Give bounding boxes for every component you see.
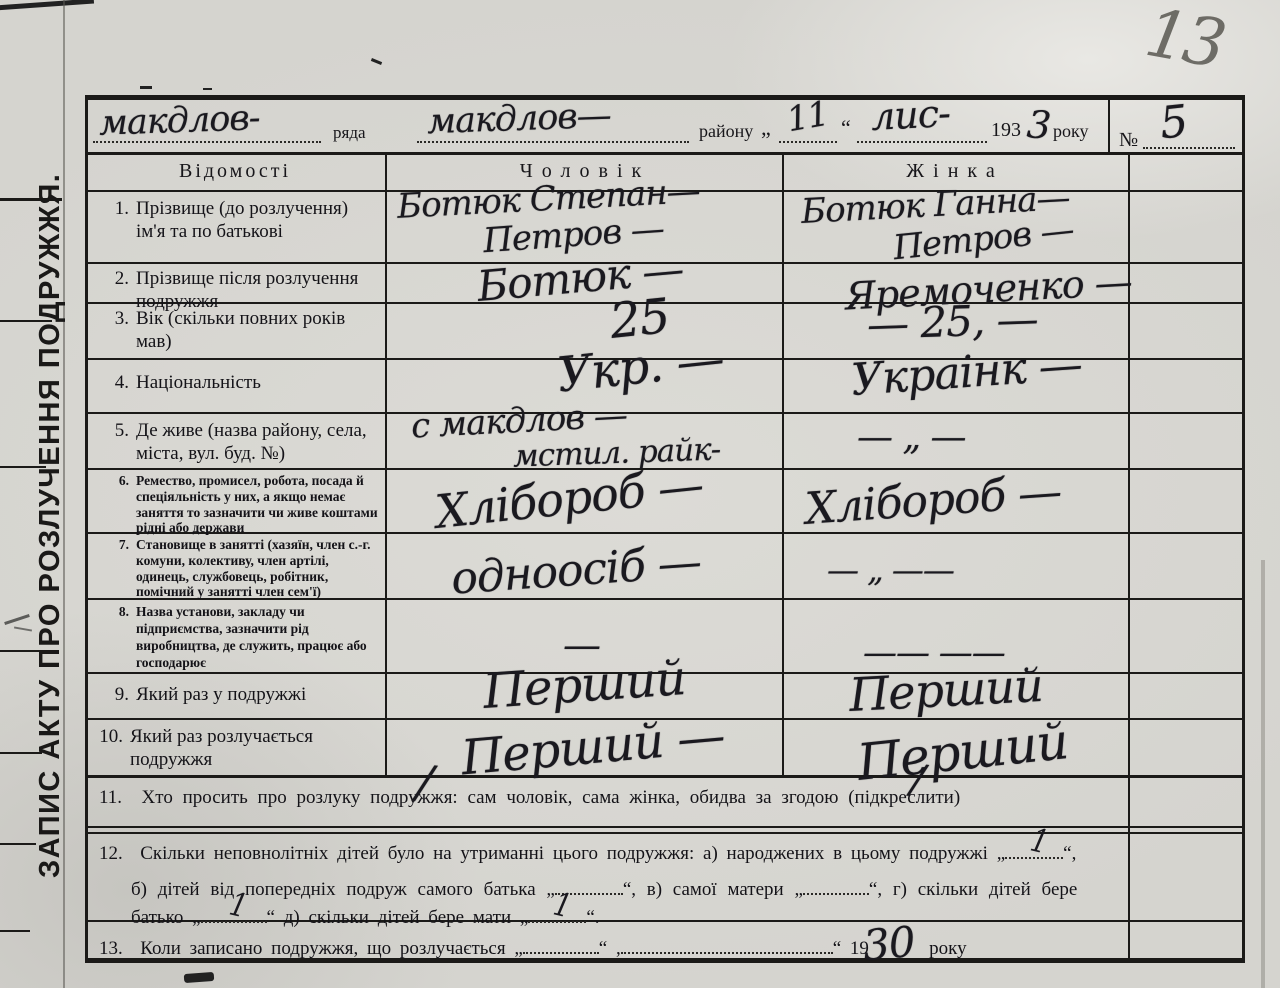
row-number: 10.	[91, 725, 130, 771]
row-number: 13.	[99, 938, 123, 959]
table-rule	[85, 826, 1245, 828]
number-label: №	[1119, 129, 1138, 152]
row12-printed: б) дітей від попередніх подруж самого ба…	[131, 879, 555, 900]
hw-entry-woman: — 25, —	[866, 294, 1038, 349]
scan-artifact	[0, 0, 94, 10]
hw-entry-woman: — „ ——	[827, 551, 954, 589]
table-rule	[85, 832, 1245, 834]
column-divider	[385, 152, 387, 777]
hw-entry-woman: Хлібороб —	[804, 466, 1063, 535]
hw-entry-woman: Перший	[848, 658, 1044, 722]
dotted-blank	[857, 115, 987, 143]
row-label-text: Який раз розлучається подружжя	[130, 725, 381, 771]
hw-entry-woman: Перший	[855, 712, 1071, 792]
dotted-blank: 1	[1005, 843, 1063, 859]
dotted-blank	[621, 938, 833, 954]
dotted-blank: 1	[201, 907, 267, 923]
rayon-label: району	[699, 121, 753, 142]
dotted-blank	[417, 115, 689, 143]
row-number: 3.	[97, 307, 136, 353]
table-rule	[85, 775, 1245, 778]
scanned-page: ЗАПИС АКТУ ПРО РОЗЛУЧЕННЯ ПОДРУЖЖЯ. 13 м…	[0, 0, 1280, 988]
hw-entry-woman: — „ —	[857, 417, 966, 458]
year-printed: 193	[991, 119, 1021, 142]
scan-artifact	[14, 626, 32, 631]
row12-line1: 12. Скільки неповнолітніх дітей було на …	[99, 843, 1076, 865]
row-label: 5. Де живе (назва району, села, міста, в…	[97, 419, 381, 465]
row-label-text: Ремество, промисел, робота, посада й спе…	[136, 473, 381, 536]
roku-label: року	[1053, 121, 1089, 142]
scan-artifact	[371, 58, 382, 65]
row11-text: 11. Хто просить про розлуку подружжя: са…	[99, 787, 960, 809]
rada-label: ряда	[333, 123, 366, 143]
row-label: 3. Вік (скільки повних років мав)	[97, 307, 381, 353]
page-edge-shadow	[1261, 560, 1265, 988]
row-number: 8.	[97, 603, 136, 671]
hw-entry-man: Укр. —	[555, 330, 727, 403]
dotted-blank: 1	[528, 907, 586, 923]
row12-printed: “, в) самої матери „	[623, 879, 803, 900]
open-quote: „	[761, 115, 771, 141]
row-label: 1. Прізвище (до розлучення) ім'я та по б…	[97, 197, 381, 243]
row12-line3: батько „1“ д) скільки дітей бере мати „1…	[131, 907, 600, 929]
edge-rule	[0, 843, 36, 845]
year-digit-handwritten: 3	[1025, 102, 1051, 148]
row-number: 11.	[99, 787, 122, 808]
row11-printed: Хто просить про розлуку подружжя: сам чо…	[142, 787, 961, 808]
row-label-text: Який раз у подружжі	[136, 683, 381, 706]
row12-printed: “ д) скільки дітей бере мати „	[267, 907, 529, 928]
row13-printed: “	[833, 938, 841, 959]
side-title: ЗАПИС АКТУ ПРО РОЗЛУЧЕННЯ ПОДРУЖЖЯ.	[34, 173, 67, 878]
table-rule	[85, 152, 1245, 155]
row-label-text: Національність	[136, 371, 381, 394]
row12-printed: батько „	[131, 907, 201, 928]
row-label: 7. Становище в занятті (хазяїн, член с.-…	[97, 537, 381, 600]
number-box-divider	[1108, 95, 1110, 152]
row-label: 6. Ремество, промисел, робота, посада й …	[97, 473, 381, 536]
row-label-text: Вік (скільки повних років мав)	[136, 307, 381, 353]
scan-artifact	[203, 88, 212, 90]
row-label-text: Прізвище (до розлучення) ім'я та по бать…	[136, 197, 381, 243]
dotted-blank	[779, 115, 837, 143]
row13-text: 13. Коли записано подружжя, що розлучаєт…	[99, 935, 967, 960]
row-label: 9. Який раз у подружжі	[97, 683, 381, 706]
close-quote: “	[841, 115, 851, 141]
row-number: 7.	[97, 537, 136, 600]
row-label: 4. Національність	[97, 371, 381, 394]
table-rule	[85, 412, 1245, 414]
hw-entry-woman: Украінк —	[850, 339, 1084, 406]
dotted-blank	[1143, 121, 1235, 149]
row12-printed: “, г) скільки дітей бере	[869, 879, 1077, 900]
row13-printed: Коли записано подружжя, що розлучається …	[140, 938, 523, 959]
scan-artifact	[4, 614, 30, 625]
row-number: 6.	[97, 473, 136, 536]
column-header-vidomosti: Відомості	[135, 160, 335, 183]
row13-printed: року	[929, 938, 966, 959]
scan-artifact	[140, 86, 152, 89]
row12-line2: б) дітей від попередніх подруж самого ба…	[131, 879, 1077, 901]
row-label-text: Назва установи, закладу чи підприємства,…	[136, 603, 381, 671]
scan-artifact	[184, 972, 215, 983]
row-label-text: Становище в занятті (хазяїн, член с.-г. …	[136, 537, 381, 600]
registry-form: макдлов- ряда макдлов— району „ 11 “ лис…	[85, 95, 1245, 963]
row-label: 8. Назва установи, закладу чи підприємст…	[97, 603, 381, 671]
row12-printed: “.	[586, 907, 599, 928]
hw-entry-man: Перший	[481, 650, 687, 720]
corner-page-number-handwritten: 13	[1140, 0, 1228, 83]
dotted-blank	[93, 115, 321, 143]
row13-year-handwritten: 30	[863, 937, 915, 951]
row-number: 9.	[97, 683, 136, 706]
row-number: 1.	[97, 197, 136, 243]
hw-entry-man: одноосіб —	[450, 536, 703, 604]
dotted-blank	[523, 938, 599, 954]
column-divider	[782, 152, 784, 777]
edge-rule	[0, 930, 30, 932]
row-number: 5.	[97, 419, 136, 465]
row-number: 4.	[97, 371, 136, 394]
row-number: 12.	[99, 843, 123, 864]
dotted-blank	[803, 879, 869, 895]
row12-printed: “,	[1063, 843, 1076, 864]
row-label: 10. Який раз розлучається подружжя	[91, 725, 381, 771]
row12-printed: Скільки неповнолітніх дітей було на утри…	[140, 843, 1005, 864]
row13-printed: “ ,	[599, 938, 621, 959]
row-label-text: Де живе (назва району, села, міста, вул.…	[136, 419, 381, 465]
